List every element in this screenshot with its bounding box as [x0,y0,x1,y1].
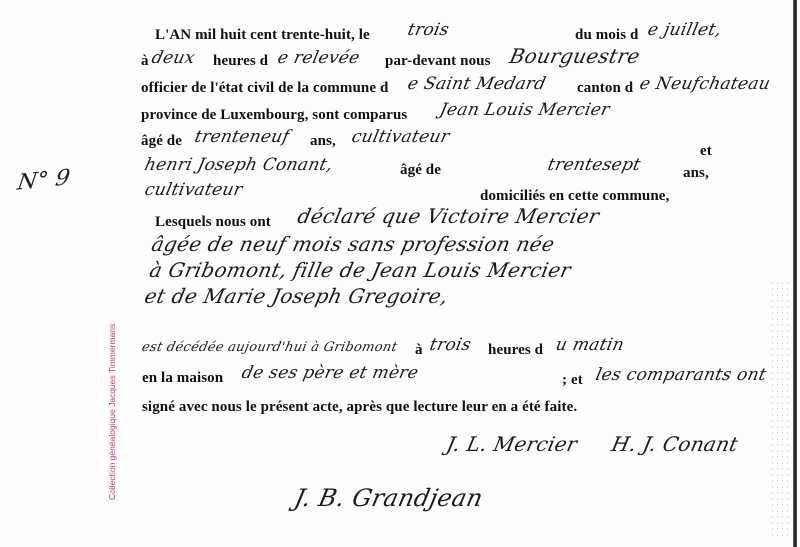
hw-declarant1-occupation: cultivateur [350,127,451,147]
signature-mercier: J. L. Mercier [444,432,579,456]
hw-day: trois [406,20,451,40]
printed-et: et [700,143,712,160]
hw-declaration-line4: et de Marie Joseph Gregoire, [142,284,450,308]
printed-month-label: du mois d [575,27,638,44]
printed-ans-1: ans, [310,133,336,150]
collection-watermark: Collection généalogique Jacques Timmerma… [107,324,117,500]
hw-month: e juillet, [646,20,724,40]
printed-ans-2: ans, [683,165,709,182]
hw-declarant1-age: trenteneuf [193,127,291,147]
hw-house: de ses père et mère [240,363,420,383]
printed-et-2: ; et [562,372,583,389]
paper-speckle [770,280,792,540]
hw-declaration-line3: à Gribomont, fille de Jean Louis Mercier [147,258,573,282]
page-edge-border [793,0,797,547]
hw-commune: e Saint Medard [406,74,548,94]
printed-age-de-2: âgé de [400,162,441,179]
printed-a-2: à [415,342,423,359]
hw-time-of-day: e relevée [276,48,362,68]
printed-lesquels: Lesquels nous ont [155,214,271,231]
printed-age-de-1: âgé de [141,133,182,150]
printed-province-line: province de Luxembourg, sont comparus [141,107,407,124]
printed-year-line: L'AN mil huit cent trente-huit, le [155,27,370,44]
printed-canton: canton d [577,80,633,97]
hw-death-time-of-day: u matin [554,335,626,355]
hw-declaration-line2: âgée de neuf mois sans profession née [149,232,556,256]
printed-par-devant: par-devant nous [385,53,491,70]
hw-declarant2-occupation: cultivateur [143,180,244,200]
printed-heures: heures d [213,53,268,70]
hw-declarant2-age: trentesept [546,155,643,175]
hw-canton: e Neufchateau [638,74,772,94]
hw-officer: Bourguestre [507,44,642,68]
printed-officier-line: officier de l'état civil de la commune d [141,80,388,97]
hw-declarant1-name: Jean Louis Mercier [438,100,612,120]
printed-domicilies: domiciliés en cette commune, [480,188,669,205]
civil-record-page: Collection généalogique Jacques Timmerma… [0,0,800,547]
printed-en-la-maison: en la maison [142,370,223,387]
hw-death-hour: trois [428,335,473,355]
printed-a: à [141,53,149,70]
printed-signe-line: signé avec nous le présent acte, après q… [142,399,577,416]
margin-record-number: N° 9 [16,165,72,195]
signature-grandjean: J. B. Grandjean [292,484,486,512]
hw-declaration-line1: déclaré que Victoire Mercier [295,204,601,228]
hw-declarant2-name: henri Joseph Conant, [143,155,335,175]
hw-death-line: est décédée aujourd'hui à Gribomont [140,340,398,355]
signature-conant: H. J. Conant [609,432,740,456]
hw-witnesses-signed: les comparants ont [594,365,768,385]
hw-hour: deux [150,48,197,68]
printed-heures-2: heures d [488,342,543,359]
